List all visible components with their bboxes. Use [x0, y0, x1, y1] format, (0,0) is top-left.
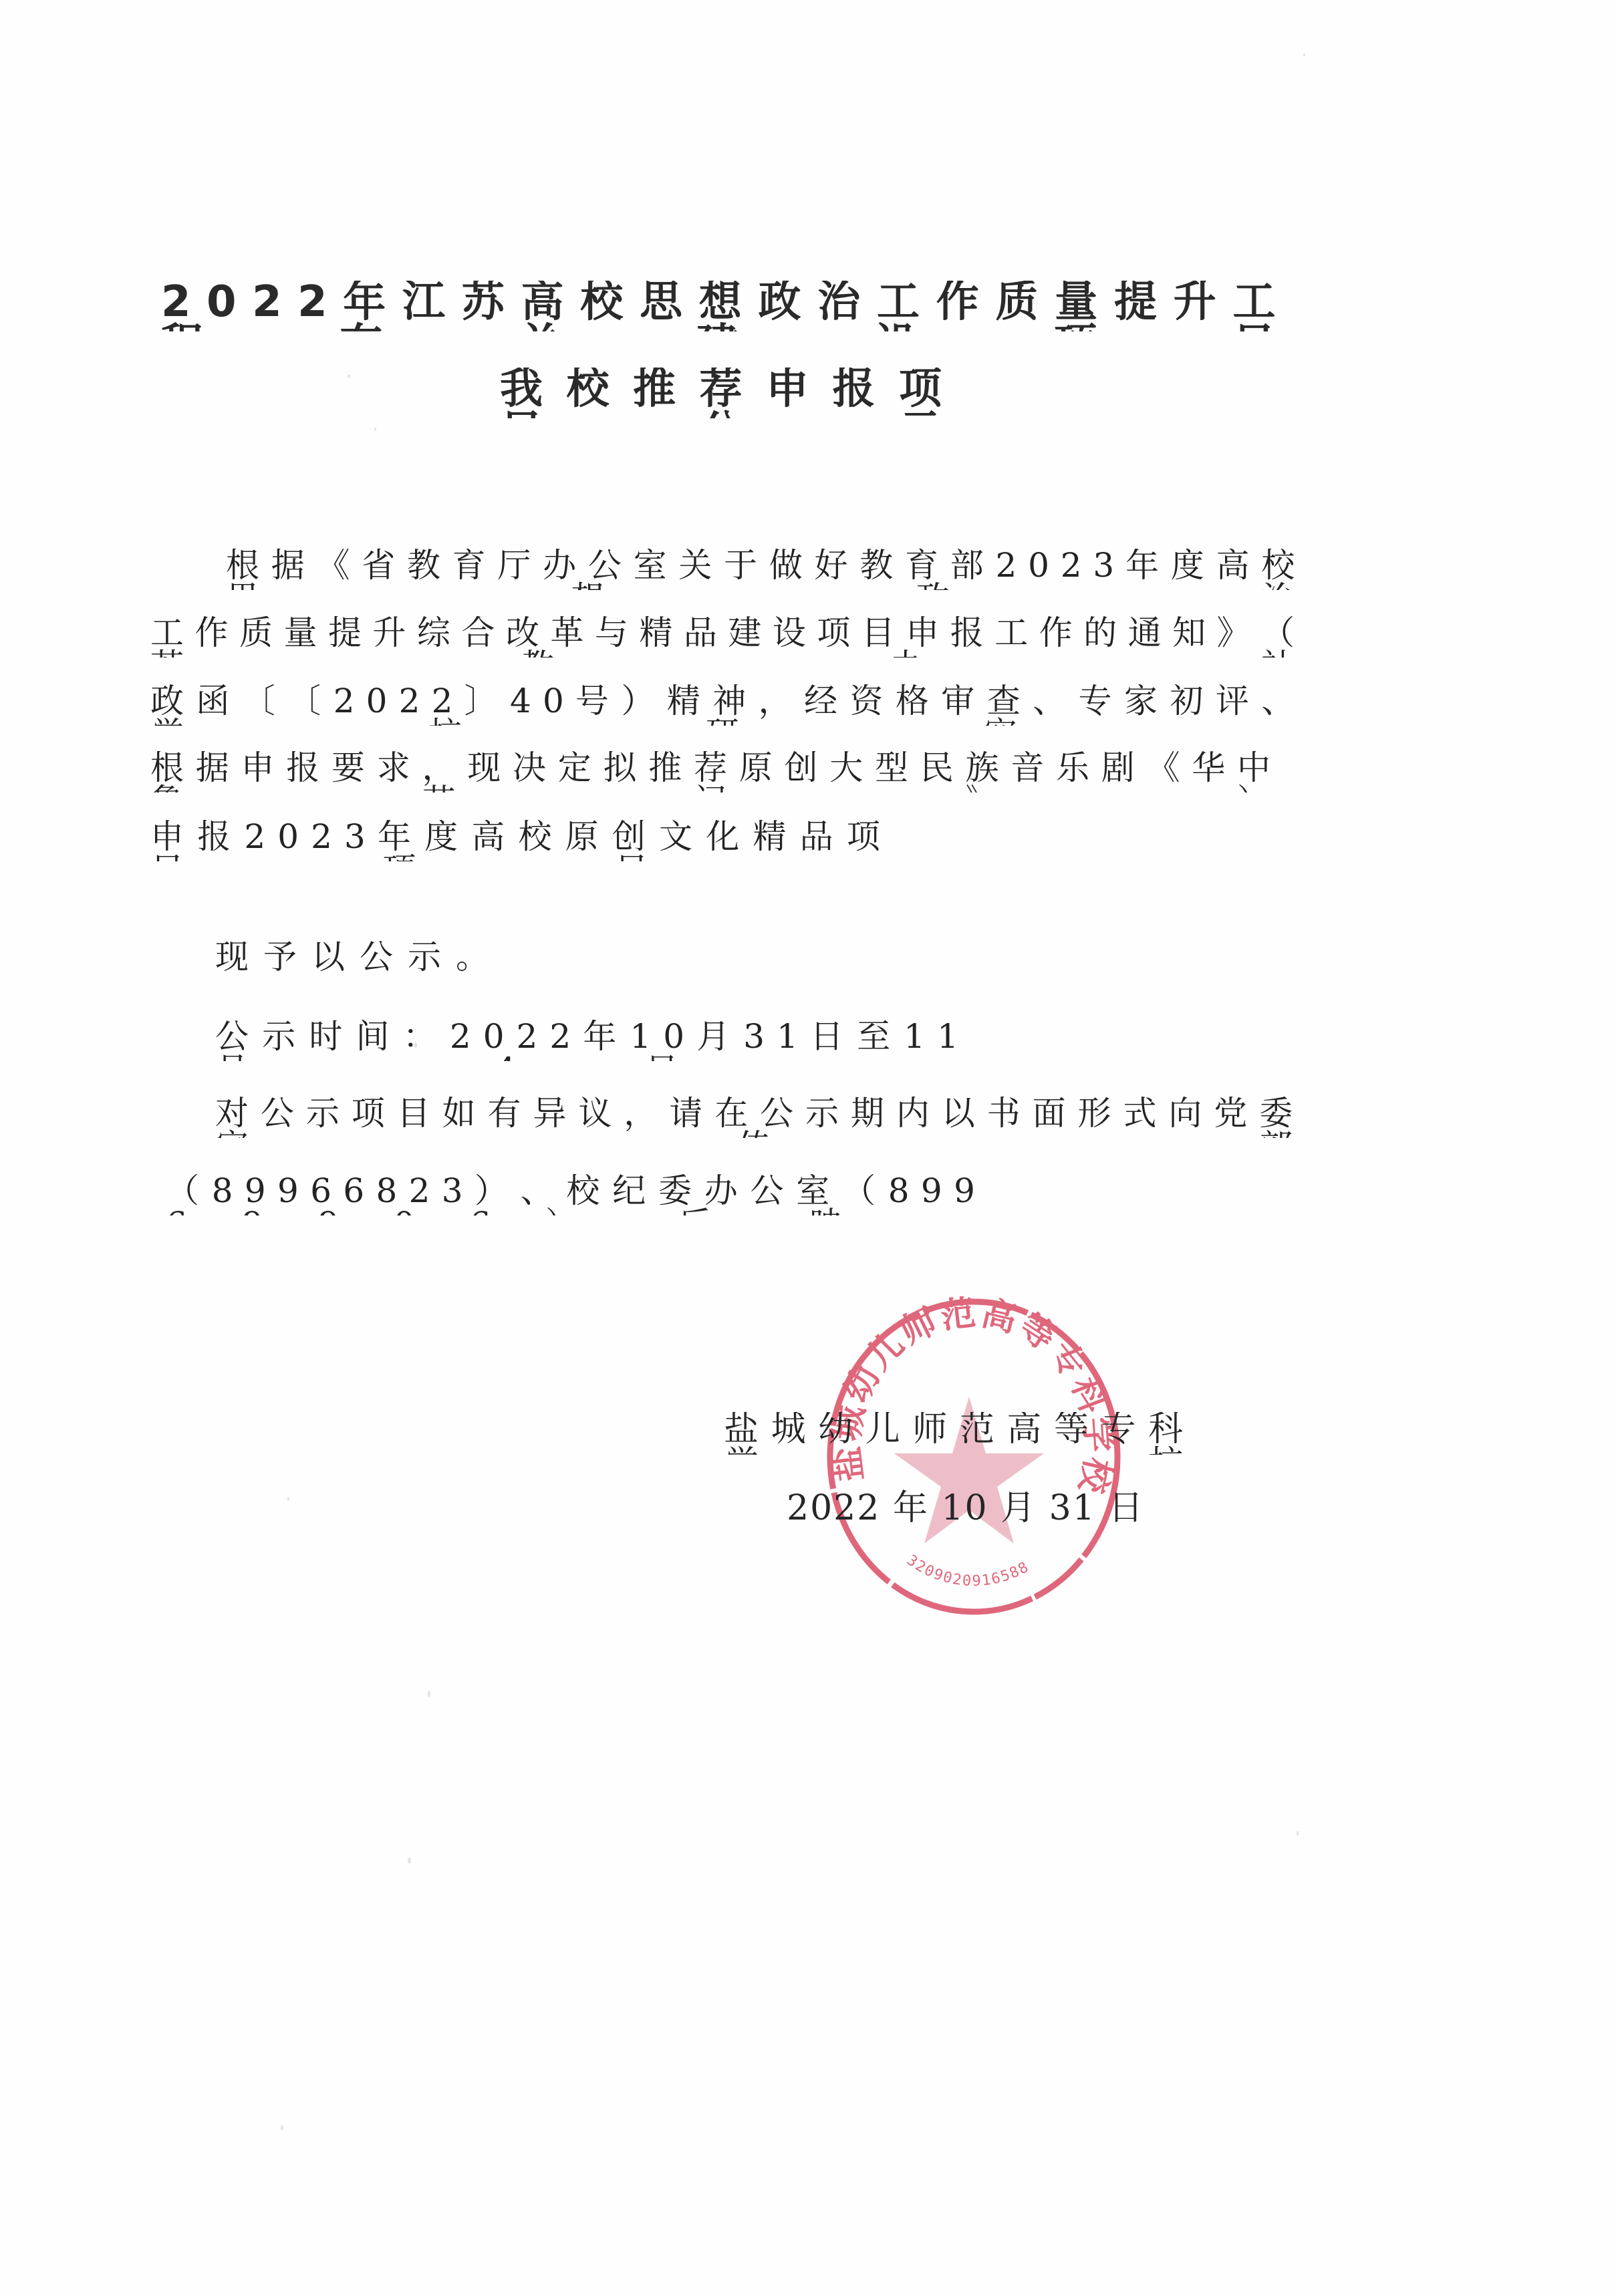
scan-speck — [1297, 1831, 1299, 1836]
scan-speck — [1303, 53, 1305, 56]
scan-speck — [374, 428, 376, 431]
paragraph-1-line-1: 根​ 据​ 《​ 省​ 教​ 育​ 厅​ 办​ 公​ 室​ 关​ 于​ 做​ 好… — [226, 549, 1295, 590]
svg-text:3209020916588: 3209020916588 — [904, 1552, 1033, 1590]
scan-speck — [428, 1691, 430, 1697]
scan-speck — [287, 1497, 289, 1501]
paragraph-1-line-3: 政​ 函​ 〔​ 〔​ 2​ 0​ 2​ 2​ 〕​ 4​ 0​ 号​ ）​ 精… — [150, 684, 1295, 726]
official-seal-stamp: 盐城幼儿师范高等专科学校 3209020916588 — [823, 1296, 1124, 1617]
signature-date: 2022 年 10 月 31 日 — [787, 1491, 1098, 1534]
scan-speck — [281, 2125, 283, 2130]
paragraph-1-line-4: 根​ 据​ 申​ 报​ 要​ 求​ ，​ 现​ 决​ 定​ 拟​ 推​ 荐​ 原… — [150, 751, 1270, 793]
objection-contact-line-1: 对​ 公​ 示​ 项​ 目​ 如​ 有​ 异​ 议​ ，​ 请​ 在​ 公​ 示… — [215, 1097, 1293, 1138]
document-page: 2​ 0​ 2​ 2​ 年​ 江​ 苏​ 高​ 校​ 思​ 想​ 政​ 治​ 工… — [0, 0, 1610, 2296]
paragraph-1-line-2: 工​ 作​ 质​ 量​ 提​ 升​ 综​ 合​ 改​ 革​ 与​ 精​ 品​ 建… — [150, 616, 1295, 658]
document-title-line-1: 2​ 0​ 2​ 2​ 年​ 江​ 苏​ 高​ 校​ 思​ 想​ 政​ 治​ 工… — [161, 281, 1275, 331]
publicity-period-line: 公​ 示​ 时​ 间​ ：​ 2​ 0​ 2​ 2​ 年​ 1​ 0​ 月​ 3… — [215, 1020, 958, 1061]
svg-text:盐城幼儿师范高等专科学校: 盐城幼儿师范高等专科学校 — [827, 1296, 1119, 1499]
signature-organization: 盐​ 城​ 幼​ 儿​ 师​ 范​ 高​ 等​ 专​ 科​ 学​ 校 — [724, 1412, 1183, 1455]
document-title-line-2: 我​ 校​ 推​ 荐​ 申​ 报​ 项​ 目​ 公​ 示 — [500, 368, 942, 418]
paragraph-1-line-5: 申​ 报​ 2​ 0​ 2​ 3​ 年​ 度​ 高​ 校​ 原​ 创​ 文​ 化… — [150, 820, 880, 861]
scan-speck — [348, 374, 350, 378]
scan-speck — [414, 1042, 417, 1048]
scan-speck — [408, 1858, 411, 1864]
paragraph-2-line-1: 现​ 予​ 以​ 公​ 示​ 。 — [215, 940, 489, 982]
objection-contact-line-2: （​ 8​ 9​ 9​ 6​ 6​ 8​ 2​ 3​ ）​ 、​ 校​ 纪​ 委… — [166, 1174, 975, 1215]
